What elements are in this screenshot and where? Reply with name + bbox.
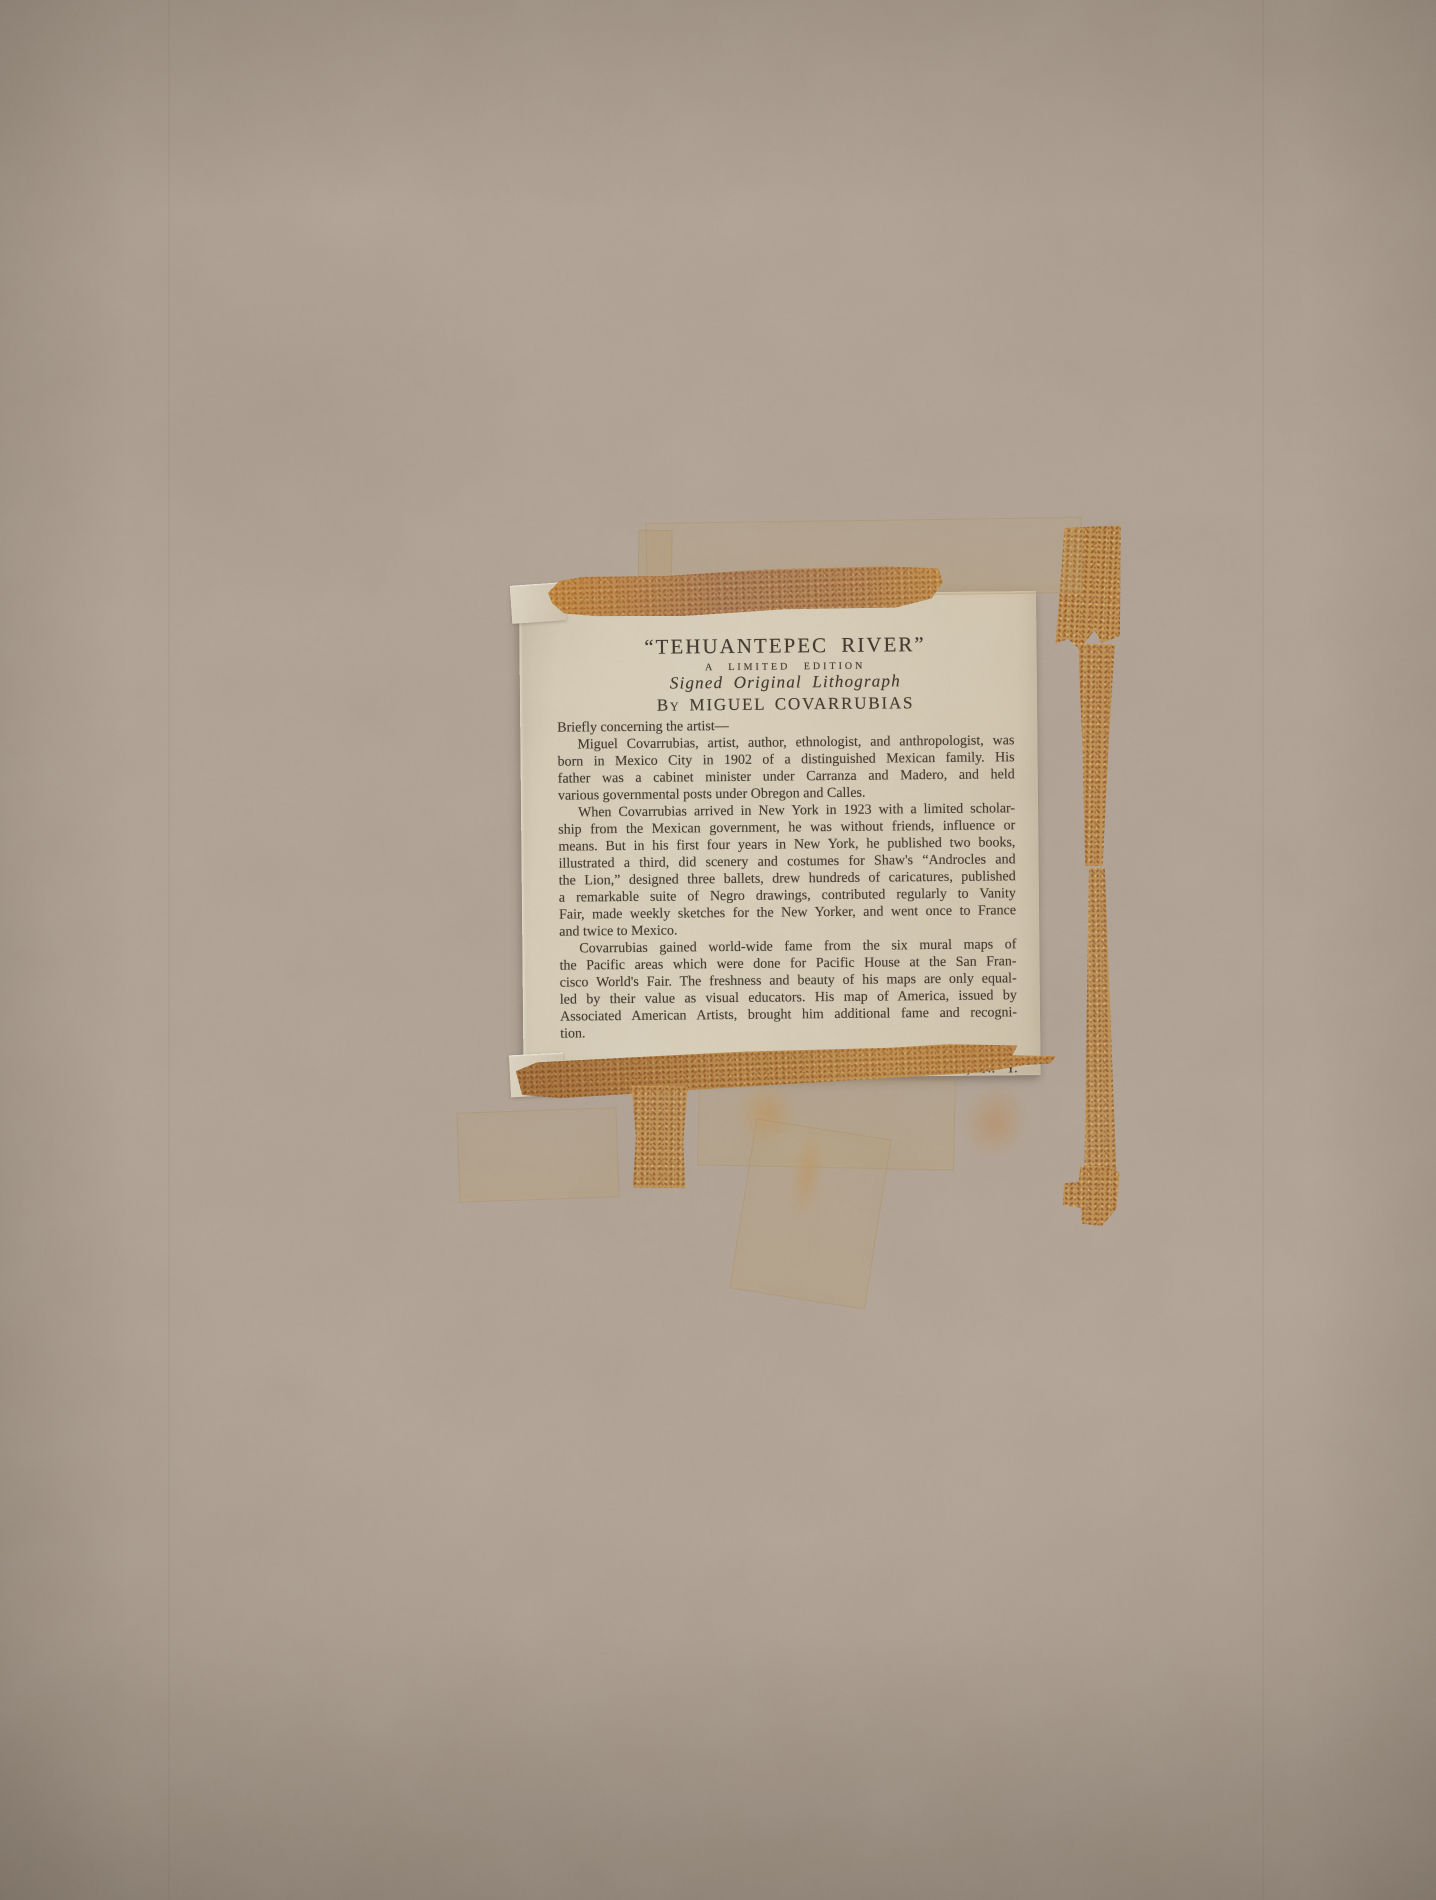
right-tape-strip-lower	[1077, 868, 1121, 1173]
label-title: “TEHUANTEPEC RIVER”	[556, 631, 1013, 660]
label-byline: By MIGUEL COVARRUBIAS	[557, 692, 1014, 716]
right-tape-strip-middle	[1070, 644, 1119, 867]
translucent-tape-bottom-diagonal	[729, 1118, 891, 1309]
adhesive-smudge	[949, 1073, 1040, 1171]
label-subtitle: Signed Original Lithograph	[557, 670, 1014, 694]
label-body-text: Briefly concerning the artist—Miguel Cov…	[557, 715, 1017, 1042]
board-seam-line	[168, 0, 170, 1900]
right-tape-strip-foot	[1062, 1166, 1119, 1227]
artist-info-label: “TEHUANTEPEC RIVER” A LIMITED EDITION Si…	[519, 591, 1041, 1080]
translucent-tape-bottom-left	[456, 1107, 619, 1203]
photo-backing-board: “TEHUANTEPEC RIVER” A LIMITED EDITION Si…	[0, 0, 1436, 1900]
board-seam-line	[1262, 0, 1264, 1900]
kraft-tape-bottom-vertical	[626, 1086, 691, 1189]
